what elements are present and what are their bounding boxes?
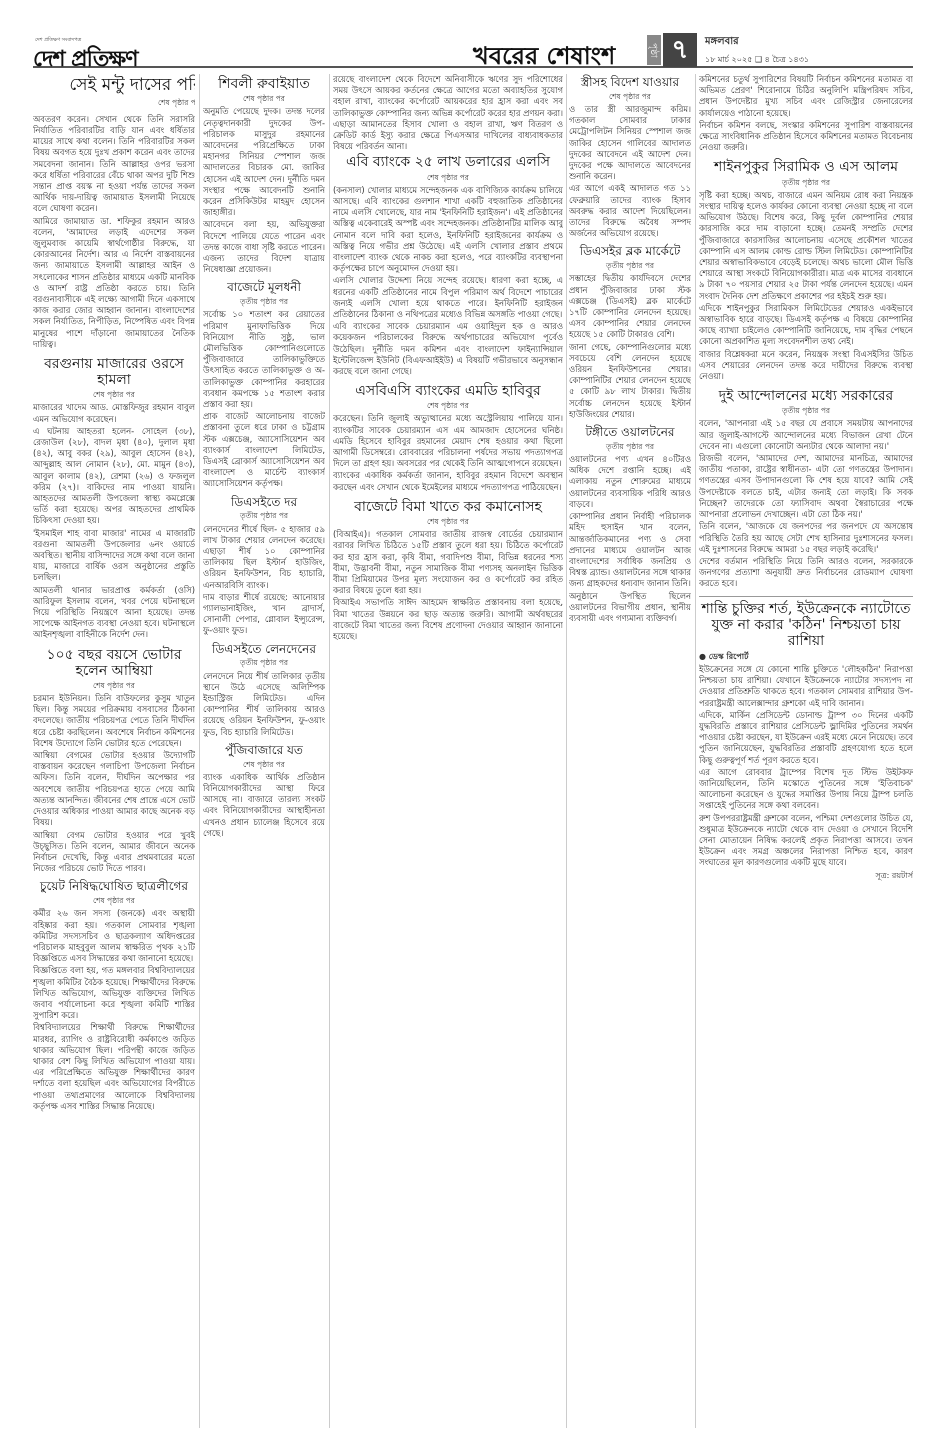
column-3: রয়েছে বাংলাদেশ থেকে বিদেশে অনিবাসীকে ঋণ…	[333, 74, 563, 1428]
article-walton: টঙ্গীতে ওয়ালটনের তৃতীয় পৃষ্ঠার পর ওয়া…	[569, 426, 691, 624]
column-2: শিবলী রুবাইয়াত শেষ পৃষ্ঠার পর অনুমতি পে…	[203, 74, 325, 1428]
continued-label: শেষ পৃষ্ঠার পর	[33, 389, 195, 400]
paragraph: আম্বিয়া বেগম ভোটার হওয়ার পরে খুবই উচ্ছ…	[33, 830, 195, 875]
paragraph: রিজভী বলেন, 'আমাদের দেশ, আমাদের মানচিত্র…	[699, 453, 913, 520]
paragraph: বাজার বিশ্লেষকরা মনে করেন, নিয়ন্ত্রক সং…	[699, 349, 913, 383]
headline[interactable]: বাজেটে বিমা খাতে কর কমানোসহ	[333, 499, 563, 515]
article-ebl: রয়েছে বাংলাদেশ থেকে বিদেশে অনিবাসীকে ঋণ…	[333, 74, 563, 377]
paragraph: সম্ভাহের দ্বিতীয় কার্যদিবসে দেশের প্রধা…	[569, 273, 691, 340]
column-5: কমিশনের চতুর্থ সুপারিশের বিষয়টি নির্বাচ…	[699, 74, 913, 1428]
article-market: পুঁজিবাজারে যত শেষ পৃষ্ঠার পর ব্যাংক একা…	[203, 744, 325, 839]
paragraph: লেনদেনে নিয়ে শীর্ষ তালিকার তৃতীয় স্থান…	[203, 671, 325, 738]
paragraph: কোম্পানির প্রধান নির্বাহী পরিচালক মহিদ হ…	[569, 511, 691, 589]
article-students: চুয়েট নিষিদ্ধঘোষিত ছাত্রলীগের শেষ পৃষ্ঠ…	[33, 880, 195, 1112]
paragraph: জানা গেছে, কোম্পানিগুলোর মধ্যে সবচেয়ে ব…	[569, 342, 691, 420]
continued-label: শেষ পৃষ্ঠার পর	[333, 400, 563, 411]
article-budget: বাজেটে মূলধনী তৃতীয় পৃষ্ঠার পর সর্বোচ্চ…	[203, 281, 325, 489]
paragraph: চরমান ইউনিয়ন। তিনি বাউফলের কুসুম খাতুন …	[33, 693, 195, 749]
paragraph: দেশের বর্তমান পরিস্থিতি নিয়ে তিনি আরও ব…	[699, 556, 913, 590]
headline[interactable]: ১০৫ বছর বয়সে ভোটার হলেন আম্বিয়া	[33, 647, 195, 679]
paragraph: এদিকে শাইনপুকুর সিরামিকস লিমিটেডের শেয়া…	[699, 303, 913, 348]
article-voter: ১০৫ বছর বয়সে ভোটার হলেন আম্বিয়া শেষ পৃ…	[33, 647, 195, 875]
paragraph: বিআইএ সভাপতি সাঈদ আহমেদ স্বাক্ষরিত প্রস্…	[333, 597, 563, 642]
paragraph: ব্যাংকের একাধিক কর্মকর্তা জানান, হাবিবুর…	[333, 470, 563, 492]
headline[interactable]: চুয়েট নিষিদ্ধঘোষিত ছাত্রলীগের	[33, 880, 195, 894]
article-russia: শান্তি চুক্তির শর্ত, ইউক্রেনকে ন্যাটোতে …	[699, 601, 913, 881]
article-shibli: শিবলী রুবাইয়াত শেষ পৃষ্ঠার পর অনুমতি পে…	[203, 76, 325, 275]
headline[interactable]: এসবিএসি ব্যাংকের এমডি হাবিবুর	[333, 383, 563, 399]
paragraph: সৃষ্টি করা হচ্ছে। অথচ, বাজারে এমন অনিয়ম…	[699, 190, 913, 302]
date: ১৮ মার্চ ২০২৫ ❑ ৪ চৈত্র ১৪৩১	[705, 54, 809, 67]
paragraph: বিজ্ঞপ্তিতে বলা হয়, গত মঙ্গলবার বিশ্ববি…	[33, 965, 195, 1021]
paragraph: মাজারের খাদেম আড. মোস্তফিজুর রহমান বাবুল…	[33, 402, 195, 424]
paragraph: (বিআইএ)। গতকাল সোমবার জাতীয় রাজস্ব বোর্…	[333, 529, 563, 596]
headline[interactable]: ডিএসইর ব্লক মার্কেটে	[569, 245, 691, 259]
headline[interactable]: বাজেটে মূলধনী	[203, 281, 325, 295]
continued-label: শেষ পৃষ্ঠার পর	[203, 759, 325, 770]
continued-label: শেষ পৃষ্ঠার পর	[33, 97, 195, 108]
article-mantu: সেই মন্টু দাসের পরিবারের দায়িত্ব শেষ পৃ…	[33, 76, 195, 108]
continued-label: শেষ পৃষ্ঠার পর	[569, 91, 691, 102]
paragraph: অবতরণ করেন। সেখান থেকে তিনি সরাসরি নির্য…	[33, 114, 195, 215]
article-dse-block: ডিএসইর ব্লক মার্কেটে তৃতীয় পৃষ্ঠার পর স…	[569, 245, 691, 420]
headline[interactable]: শিবলী রুবাইয়াত	[203, 76, 325, 92]
article-dse: ডিএসইতে দর তৃতীয় পৃষ্ঠার পর লেনদেনের শী…	[203, 496, 325, 637]
headline[interactable]: স্ত্রীসহ বিদেশ যাওয়ার	[569, 76, 691, 90]
paragraph: নির্বাচন কমিশন বলছে, সংস্কার কমিশনের সুপ…	[699, 120, 913, 154]
headline[interactable]: সেই মন্টু দাসের পরিবারের দায়িত্ব	[33, 76, 195, 96]
page-number: ৭	[663, 33, 697, 67]
headline[interactable]: বরগুনায় মাজারের ওরসে হামলা	[33, 356, 195, 388]
headline[interactable]: শাইনপুকুর সিরামিক ও এস আলম	[699, 159, 913, 175]
headline[interactable]: পুঁজিবাজারে যত	[203, 744, 325, 758]
paragraph: ও তার স্ত্রী আরজুমান্দ করিম। গতকাল সোমবা…	[569, 104, 691, 182]
article-wife: স্ত্রীসহ বিদেশ যাওয়ার শেষ পৃষ্ঠার পর ও …	[569, 76, 691, 239]
paragraph: রুশ উপপররাষ্ট্রমন্ত্রী গ্রুশকো বলেন, পশ্…	[699, 813, 913, 869]
day: মঙ্গলবার	[705, 34, 809, 51]
paragraph: (কনসাল) খোলার মাধ্যমে সন্দেহজনক এক বাণিজ…	[333, 185, 563, 275]
paragraph: ইউক্রেনের সঙ্গে যে কোনো শান্তি চুক্তিতে …	[699, 664, 913, 709]
paragraph: এবি ব্যাংকের সাবেক চেয়ারম্যান এম ওয়াহি…	[333, 321, 563, 377]
column-divider	[199, 74, 200, 1428]
section-title: খবরের শেষাংশ	[473, 38, 615, 78]
newspaper-page: দেশ প্রতিক্ষণ সংবাদপত্র দেশ প্রতিক্ষণ খব…	[33, 28, 913, 1428]
paragraph: বিশ্ববিদ্যালয়ের শিক্ষার্থী বিরুদ্ধে শিক…	[33, 1022, 195, 1112]
column-4: স্ত্রীসহ বিদেশ যাওয়ার শেষ পৃষ্ঠার পর ও …	[569, 74, 691, 1428]
paragraph: এর আগে একই আদালত গত ১১ ফেব্রুয়ারি তাদের…	[569, 183, 691, 239]
paragraph: অনুমতি পেয়েছে দুদক। তদন্ত দলের নেতৃত্বদ…	[203, 106, 325, 218]
article-movements: দুই আন্দোলনের মধ্যে সরকারের তৃতীয় পৃষ্ঠ…	[699, 388, 913, 589]
headline[interactable]: ডিএসইতে লেনদেনের	[203, 643, 325, 657]
paragraph: বলেন, 'আপনারা এই ১৫ বছর যে প্রবাসে সময়ট…	[699, 418, 913, 452]
paragraph: কর্মীর ২৬ জন সদস্য (জনকে) এবং অস্থায়ী ব…	[33, 908, 195, 964]
article-mantu-body: অবতরণ করেন। সেখান থেকে তিনি সরাসরি নির্য…	[33, 114, 195, 350]
paragraph: এ ঘটনায় আহতরা হলেন- সোহেল (৩৮), রেজাউল …	[33, 426, 195, 527]
paragraph: 'ইসমাইল শাহ বাবা মাজার' নামের এ মাজারটি …	[33, 528, 195, 584]
continued-label: শেষ পৃষ্ঠার পর	[203, 93, 325, 104]
continued-label: শেষ পৃষ্ঠার পর	[33, 895, 195, 906]
paragraph: তিনি বলেন, 'আজকে যে জনপদের পর জনপদে যে অ…	[699, 521, 913, 555]
paragraph: রয়েছে বাংলাদেশ থেকে বিদেশে অনিবাসীকে ঋণ…	[333, 74, 563, 152]
paragraph: এর আগে রোববার ট্রাম্পের বিশেষ দূত স্টিভ …	[699, 767, 913, 812]
paragraph: ব্যাংক একাধিক আর্থিক প্রতিষ্ঠান বিনিয়োগ…	[203, 772, 325, 839]
headline[interactable]: দুই আন্দোলনের মধ্যে সরকারের	[699, 388, 913, 404]
byline: ● ডেস্ক রিপোর্ট	[699, 651, 913, 662]
paragraph: করেছেন। তিনি জুলাই অভ্যুত্থানের মধ্যে অস…	[333, 413, 563, 469]
paragraph: অনুষ্ঠানে উপস্থিত ছিলেন ওয়ালটনের বিভাগী…	[569, 591, 691, 625]
article-insurance: বাজেটে বিমা খাতে কর কমানোসহ শেষ পৃষ্ঠার …	[333, 499, 563, 642]
continued-label: তৃতীয় পৃষ্ঠার পর	[203, 296, 325, 307]
continued-label: শেষ পৃষ্ঠার পর	[333, 516, 563, 527]
paragraph: ওয়ালটনের পণ্য এখন ৪০টিরও অধিক দেশে রপ্ত…	[569, 454, 691, 510]
paragraph: লেনদেনের শীর্ষে ছিল- ৫ হাজার ৫৯ লাখ টাকা…	[203, 524, 325, 591]
article-habibur: এসবিএসি ব্যাংকের এমডি হাবিবুর শেষ পৃষ্ঠা…	[333, 383, 563, 493]
continued-label: তৃতীয় পৃষ্ঠার পর	[569, 260, 691, 271]
column-1: সেই মন্টু দাসের পরিবারের দায়িত্ব শেষ পৃ…	[33, 74, 195, 1428]
dateline: মঙ্গলবার ১৮ মার্চ ২০২৫ ❑ ৪ চৈত্র ১৪৩১	[705, 34, 809, 67]
article-barguna: বরগুনায় মাজারের ওরসে হামলা শেষ পৃষ্ঠার …	[33, 356, 195, 641]
headline[interactable]: এবি ব্যাংকে ২৫ লাখ ডলারের এলসি	[333, 154, 563, 170]
paragraph: আমিরে জামায়াত ডা. শফিকুর রহমান আরও বলেন…	[33, 216, 195, 350]
page-label: পৃষ্ঠা	[647, 35, 661, 65]
article-commission: কমিশনের চতুর্থ সুপারিশের বিষয়টি নির্বাচ…	[699, 74, 913, 153]
article-dse2: ডিএসইতে লেনদেনের তৃতীয় পৃষ্ঠার পর লেনদে…	[203, 643, 325, 738]
continued-label: তৃতীয় পৃষ্ঠার পর	[203, 510, 325, 521]
paragraph: সর্বোচ্চ ১০ শতাংশ কর রেয়াতের পরিমাণ মুন…	[203, 309, 325, 410]
divider	[699, 596, 913, 597]
masthead: দেশ প্রতিক্ষণ সংবাদপত্র দেশ প্রতিক্ষণ খব…	[33, 28, 913, 68]
headline[interactable]: টঙ্গীতে ওয়ালটনের	[569, 426, 691, 440]
continued-label: শেষ পৃষ্ঠার পর	[333, 172, 563, 183]
paragraph: কমিশনের চতুর্থ সুপারিশের বিষয়টি নির্বাচ…	[699, 74, 913, 119]
headline[interactable]: ডিএসইতে দর	[203, 496, 325, 510]
paragraph: প্রাক বাজেট আলোচনায় বাজেট প্রস্তাবনা তু…	[203, 411, 325, 489]
continued-label: তৃতীয় পৃষ্ঠার পর	[699, 405, 913, 416]
article-shainpukur: শাইনপুকুর সিরামিক ও এস আলম তৃতীয় পৃষ্ঠা…	[699, 159, 913, 382]
continued-label: তৃতীয় পৃষ্ঠার পর	[699, 177, 913, 188]
continued-label: তৃতীয় পৃষ্ঠার পর	[569, 441, 691, 452]
paragraph: আমতলী থানার ভারপ্রাপ্ত কর্মকর্তা (ওসি) আ…	[33, 585, 195, 641]
column-divider	[695, 74, 696, 1428]
column-divider	[329, 74, 330, 1428]
paragraph: এলসি খোলার উদ্দেশ্য নিয়ে সন্দেহ রয়েছে।…	[333, 275, 563, 320]
paragraph: আবেদনে বলা হয়, অভিযুক্তরা বিদেশে পালিয়…	[203, 219, 325, 275]
headline[interactable]: শান্তি চুক্তির শর্ত, ইউক্রেনকে ন্যাটোতে …	[699, 601, 913, 649]
paragraph: দাম বাড়ার শীর্ষে রয়েছে: আনোয়ার গ্যালভ…	[203, 592, 325, 637]
source-credit: সূত্র: রয়টার্স	[699, 870, 913, 881]
continued-label: তৃতীয় পৃষ্ঠার পর	[203, 657, 325, 668]
paragraph: আম্বিয়া বেগমের ভোটার হওয়ার উদ্যোগটি বা…	[33, 750, 195, 828]
column-divider	[566, 74, 567, 1428]
continued-label: শেষ পৃষ্ঠার পর	[33, 680, 195, 691]
paragraph: এদিকে, মার্কিন প্রেসিডেন্ট ডোনাল্ড ট্রাম…	[699, 710, 913, 766]
